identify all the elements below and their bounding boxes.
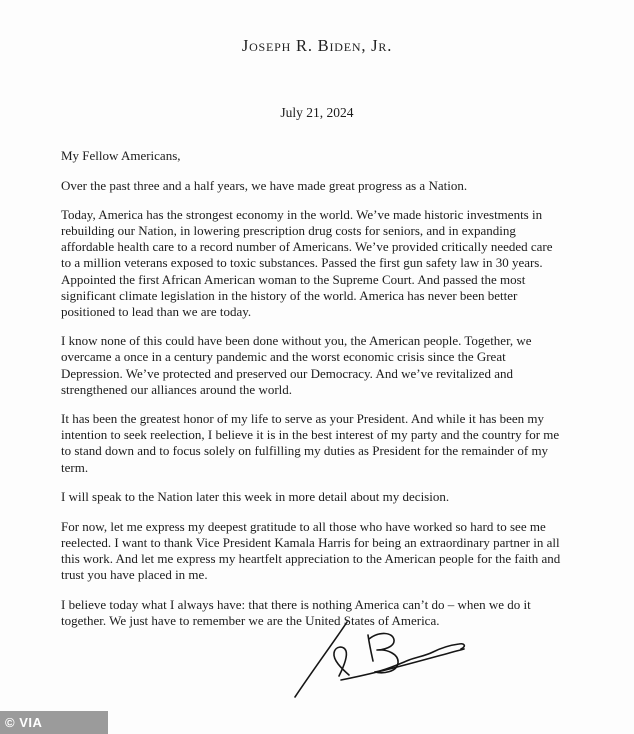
- letter-body: My Fellow Americans, Over the past three…: [61, 148, 601, 642]
- credit-watermark: © VIA REUTERS: [0, 711, 108, 734]
- paragraph: For now, let me express my deepest grati…: [61, 519, 601, 583]
- scanned-letter-document: Joseph R. Biden, Jr. July 21, 2024 My Fe…: [0, 0, 634, 734]
- signature-joe-biden-icon: [283, 618, 478, 706]
- paragraph: Over the past three and a half years, we…: [61, 178, 601, 194]
- paragraph: Today, America has the strongest economy…: [61, 207, 601, 320]
- letter-date: July 21, 2024: [0, 105, 634, 121]
- salutation: My Fellow Americans,: [61, 148, 601, 164]
- paragraph: I will speak to the Nation later this we…: [61, 489, 601, 505]
- paragraph: I know none of this could have been done…: [61, 333, 601, 397]
- paragraph: It has been the greatest honor of my lif…: [61, 411, 601, 475]
- letterhead-name: Joseph R. Biden, Jr.: [0, 36, 634, 56]
